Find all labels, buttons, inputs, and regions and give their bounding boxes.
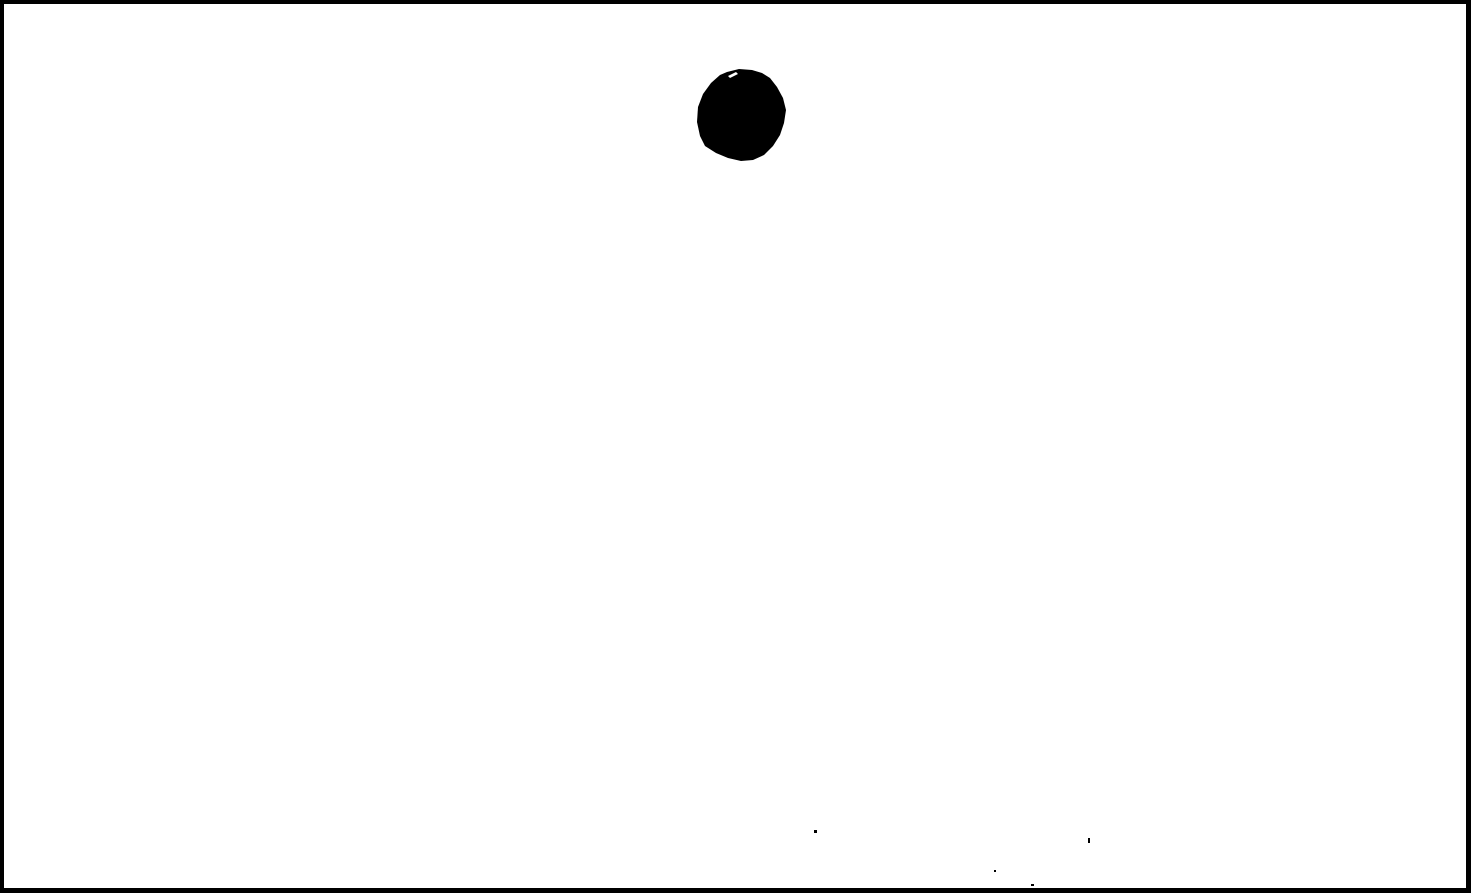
- image-canvas: [4, 4, 1466, 888]
- speck: [1088, 838, 1090, 843]
- black-blob: [4, 4, 1466, 888]
- speck: [1031, 884, 1034, 886]
- speck: [994, 870, 996, 872]
- speck: [814, 830, 817, 833]
